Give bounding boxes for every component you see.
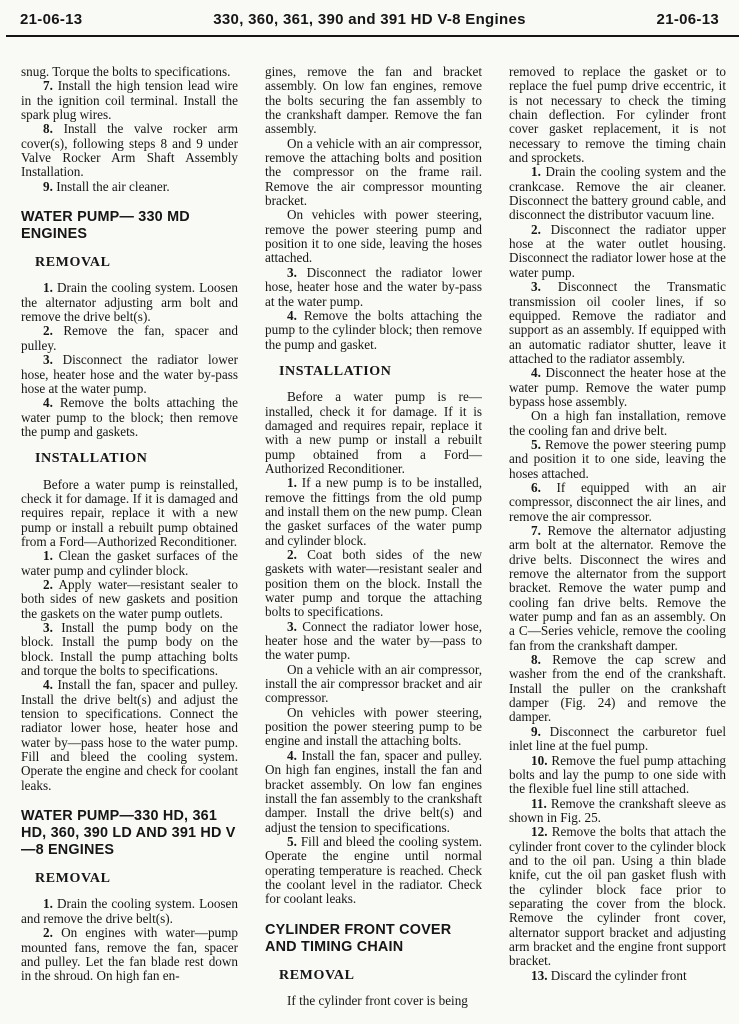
sub-heading: INSTALLATION	[279, 365, 482, 379]
step-paragraph: 2. Disconnect the radiator upper hose at…	[509, 223, 726, 280]
step-number: 11.	[531, 796, 547, 811]
page-title: 330, 360, 361, 390 and 391 HD V-8 Engine…	[82, 11, 656, 28]
step-paragraph: 2. Remove the fan, spacer and pulley.	[21, 324, 238, 353]
step-paragraph: 1. Drain the cooling system and the cran…	[509, 165, 726, 222]
step-number: 4.	[43, 677, 53, 692]
step-paragraph: 13. Discard the cylinder front	[509, 969, 726, 983]
paragraph: On a high fan installation, remove the c…	[509, 409, 726, 438]
sub-heading: REMOVAL	[279, 969, 482, 983]
step-number: 1.	[43, 548, 53, 563]
step-paragraph: 8. Remove the cap screw and washer from …	[509, 653, 726, 725]
step-number: 8.	[531, 652, 541, 667]
paragraph: removed to replace the gasket or to repl…	[509, 65, 726, 165]
step-number: 7.	[43, 78, 53, 93]
step-number: 13.	[531, 968, 547, 983]
step-number: 1.	[531, 164, 541, 179]
manual-page: 21-06-13 330, 360, 361, 390 and 391 HD V…	[0, 0, 739, 1024]
step-paragraph: 1. Clean the gasket surfaces of the wate…	[21, 549, 238, 578]
step-number: 2.	[43, 925, 53, 940]
step-number: 5.	[287, 834, 297, 849]
step-paragraph: 8. Install the valve rocker arm cover(s)…	[21, 122, 238, 179]
step-paragraph: 3. Disconnect the radiator lower hose, h…	[265, 266, 482, 309]
step-number: 4.	[531, 365, 541, 380]
step-paragraph: 3. Connect the radiator lower hose, heat…	[265, 620, 482, 663]
step-number: 1.	[43, 896, 53, 911]
sub-heading: INSTALLATION	[35, 452, 238, 466]
step-number: 2.	[531, 222, 541, 237]
section-heading: CYLINDER FRONT COVER AND TIMING CHAIN	[265, 922, 482, 956]
step-number: 6.	[531, 480, 541, 495]
step-paragraph: 10. Remove the fuel pump attaching bolts…	[509, 754, 726, 797]
page-number-left: 21-06-13	[20, 11, 82, 28]
step-number: 4.	[287, 748, 297, 763]
step-number: 7.	[531, 523, 541, 538]
step-paragraph: 4. Install the fan, spacer and pulley. I…	[21, 678, 238, 793]
paragraph: gines, remove the fan and bracket assemb…	[265, 65, 482, 137]
paragraph: If the cylinder front cover is being	[265, 994, 482, 1008]
step-number: 3.	[287, 619, 297, 634]
step-number: 5.	[531, 437, 541, 452]
step-paragraph: 1. Drain the cooling system. Loosen and …	[21, 897, 238, 926]
step-paragraph: 1. If a new pump is to be installed, rem…	[265, 476, 482, 548]
column-3: removed to replace the gasket or to repl…	[509, 65, 726, 1008]
step-number: 1.	[43, 280, 53, 295]
step-paragraph: 7. Remove the alternator adjusting arm b…	[509, 524, 726, 653]
step-number: 8.	[43, 121, 53, 136]
section-heading: WATER PUMP— 330 MD ENGINES	[21, 209, 238, 243]
step-number: 9.	[43, 179, 53, 194]
step-paragraph: 9. Install the air cleaner.	[21, 180, 238, 194]
sub-heading: REMOVAL	[35, 872, 238, 886]
step-number: 4.	[43, 395, 53, 410]
paragraph: Before a water pump is re—installed, che…	[265, 390, 482, 476]
step-number: 2.	[43, 323, 53, 338]
page-header: 21-06-13 330, 360, 361, 390 and 391 HD V…	[0, 0, 739, 33]
paragraph: On a vehicle with an air compressor, rem…	[265, 137, 482, 209]
step-number: 3.	[43, 620, 53, 635]
paragraph: snug. Torque the bolts to specifications…	[21, 65, 238, 79]
step-paragraph: 11. Remove the crankshaft sleeve as show…	[509, 797, 726, 826]
step-paragraph: 2. Apply water—resistant sealer to both …	[21, 578, 238, 621]
column-2: gines, remove the fan and bracket assemb…	[265, 65, 482, 1008]
paragraph: Before a water pump is reinstalled, chec…	[21, 478, 238, 550]
step-paragraph: 6. If equipped with an air compressor, d…	[509, 481, 726, 524]
paragraph: On vehicles with power steering, remove …	[265, 208, 482, 265]
step-paragraph: 2. On engines with water—pump mounted fa…	[21, 926, 238, 983]
step-paragraph: 7. Install the high tension lead wire in…	[21, 79, 238, 122]
step-number: 10.	[531, 753, 547, 768]
step-paragraph: 2. Coat both sides of the new gaskets wi…	[265, 548, 482, 620]
step-paragraph: 5. Fill and bleed the cooling system. Op…	[265, 835, 482, 907]
step-number: 2.	[43, 577, 53, 592]
step-paragraph: 4. Remove the bolts attaching the pump t…	[265, 309, 482, 352]
step-number: 9.	[531, 724, 541, 739]
column-1: snug. Torque the bolts to specifications…	[21, 65, 238, 1008]
step-paragraph: 12. Remove the bolts that attach the cyl…	[509, 825, 726, 968]
step-paragraph: 4. Remove the bolts attaching the water …	[21, 396, 238, 439]
step-number: 12.	[531, 824, 547, 839]
step-number: 1.	[287, 475, 297, 490]
step-number: 4.	[287, 308, 297, 323]
paragraph: On a vehicle with an air compressor, ins…	[265, 663, 482, 706]
step-paragraph: 3. Disconnect the Transmatic transmissio…	[509, 280, 726, 366]
step-paragraph: 3. Install the pump body on the block. I…	[21, 621, 238, 678]
step-number: 3.	[531, 279, 541, 294]
step-paragraph: 4. Disconnect the heater hose at the wat…	[509, 366, 726, 409]
step-number: 2.	[287, 547, 297, 562]
content-columns: snug. Torque the bolts to specifications…	[0, 37, 739, 1008]
step-paragraph: 4. Install the fan, spacer and pulley. O…	[265, 749, 482, 835]
step-number: 3.	[287, 265, 297, 280]
step-paragraph: 3. Disconnect the radiator lower hose, h…	[21, 353, 238, 396]
section-heading: WATER PUMP—330 HD, 361 HD, 360, 390 LD A…	[21, 808, 238, 859]
page-number-right: 21-06-13	[657, 11, 719, 28]
step-number: 3.	[43, 352, 53, 367]
paragraph: On vehicles with power steering, positio…	[265, 706, 482, 749]
step-paragraph: 9. Disconnect the carburetor fuel inlet …	[509, 725, 726, 754]
step-paragraph: 1. Drain the cooling system. Loosen the …	[21, 281, 238, 324]
step-paragraph: 5. Remove the power steering pump and po…	[509, 438, 726, 481]
sub-heading: REMOVAL	[35, 256, 238, 270]
